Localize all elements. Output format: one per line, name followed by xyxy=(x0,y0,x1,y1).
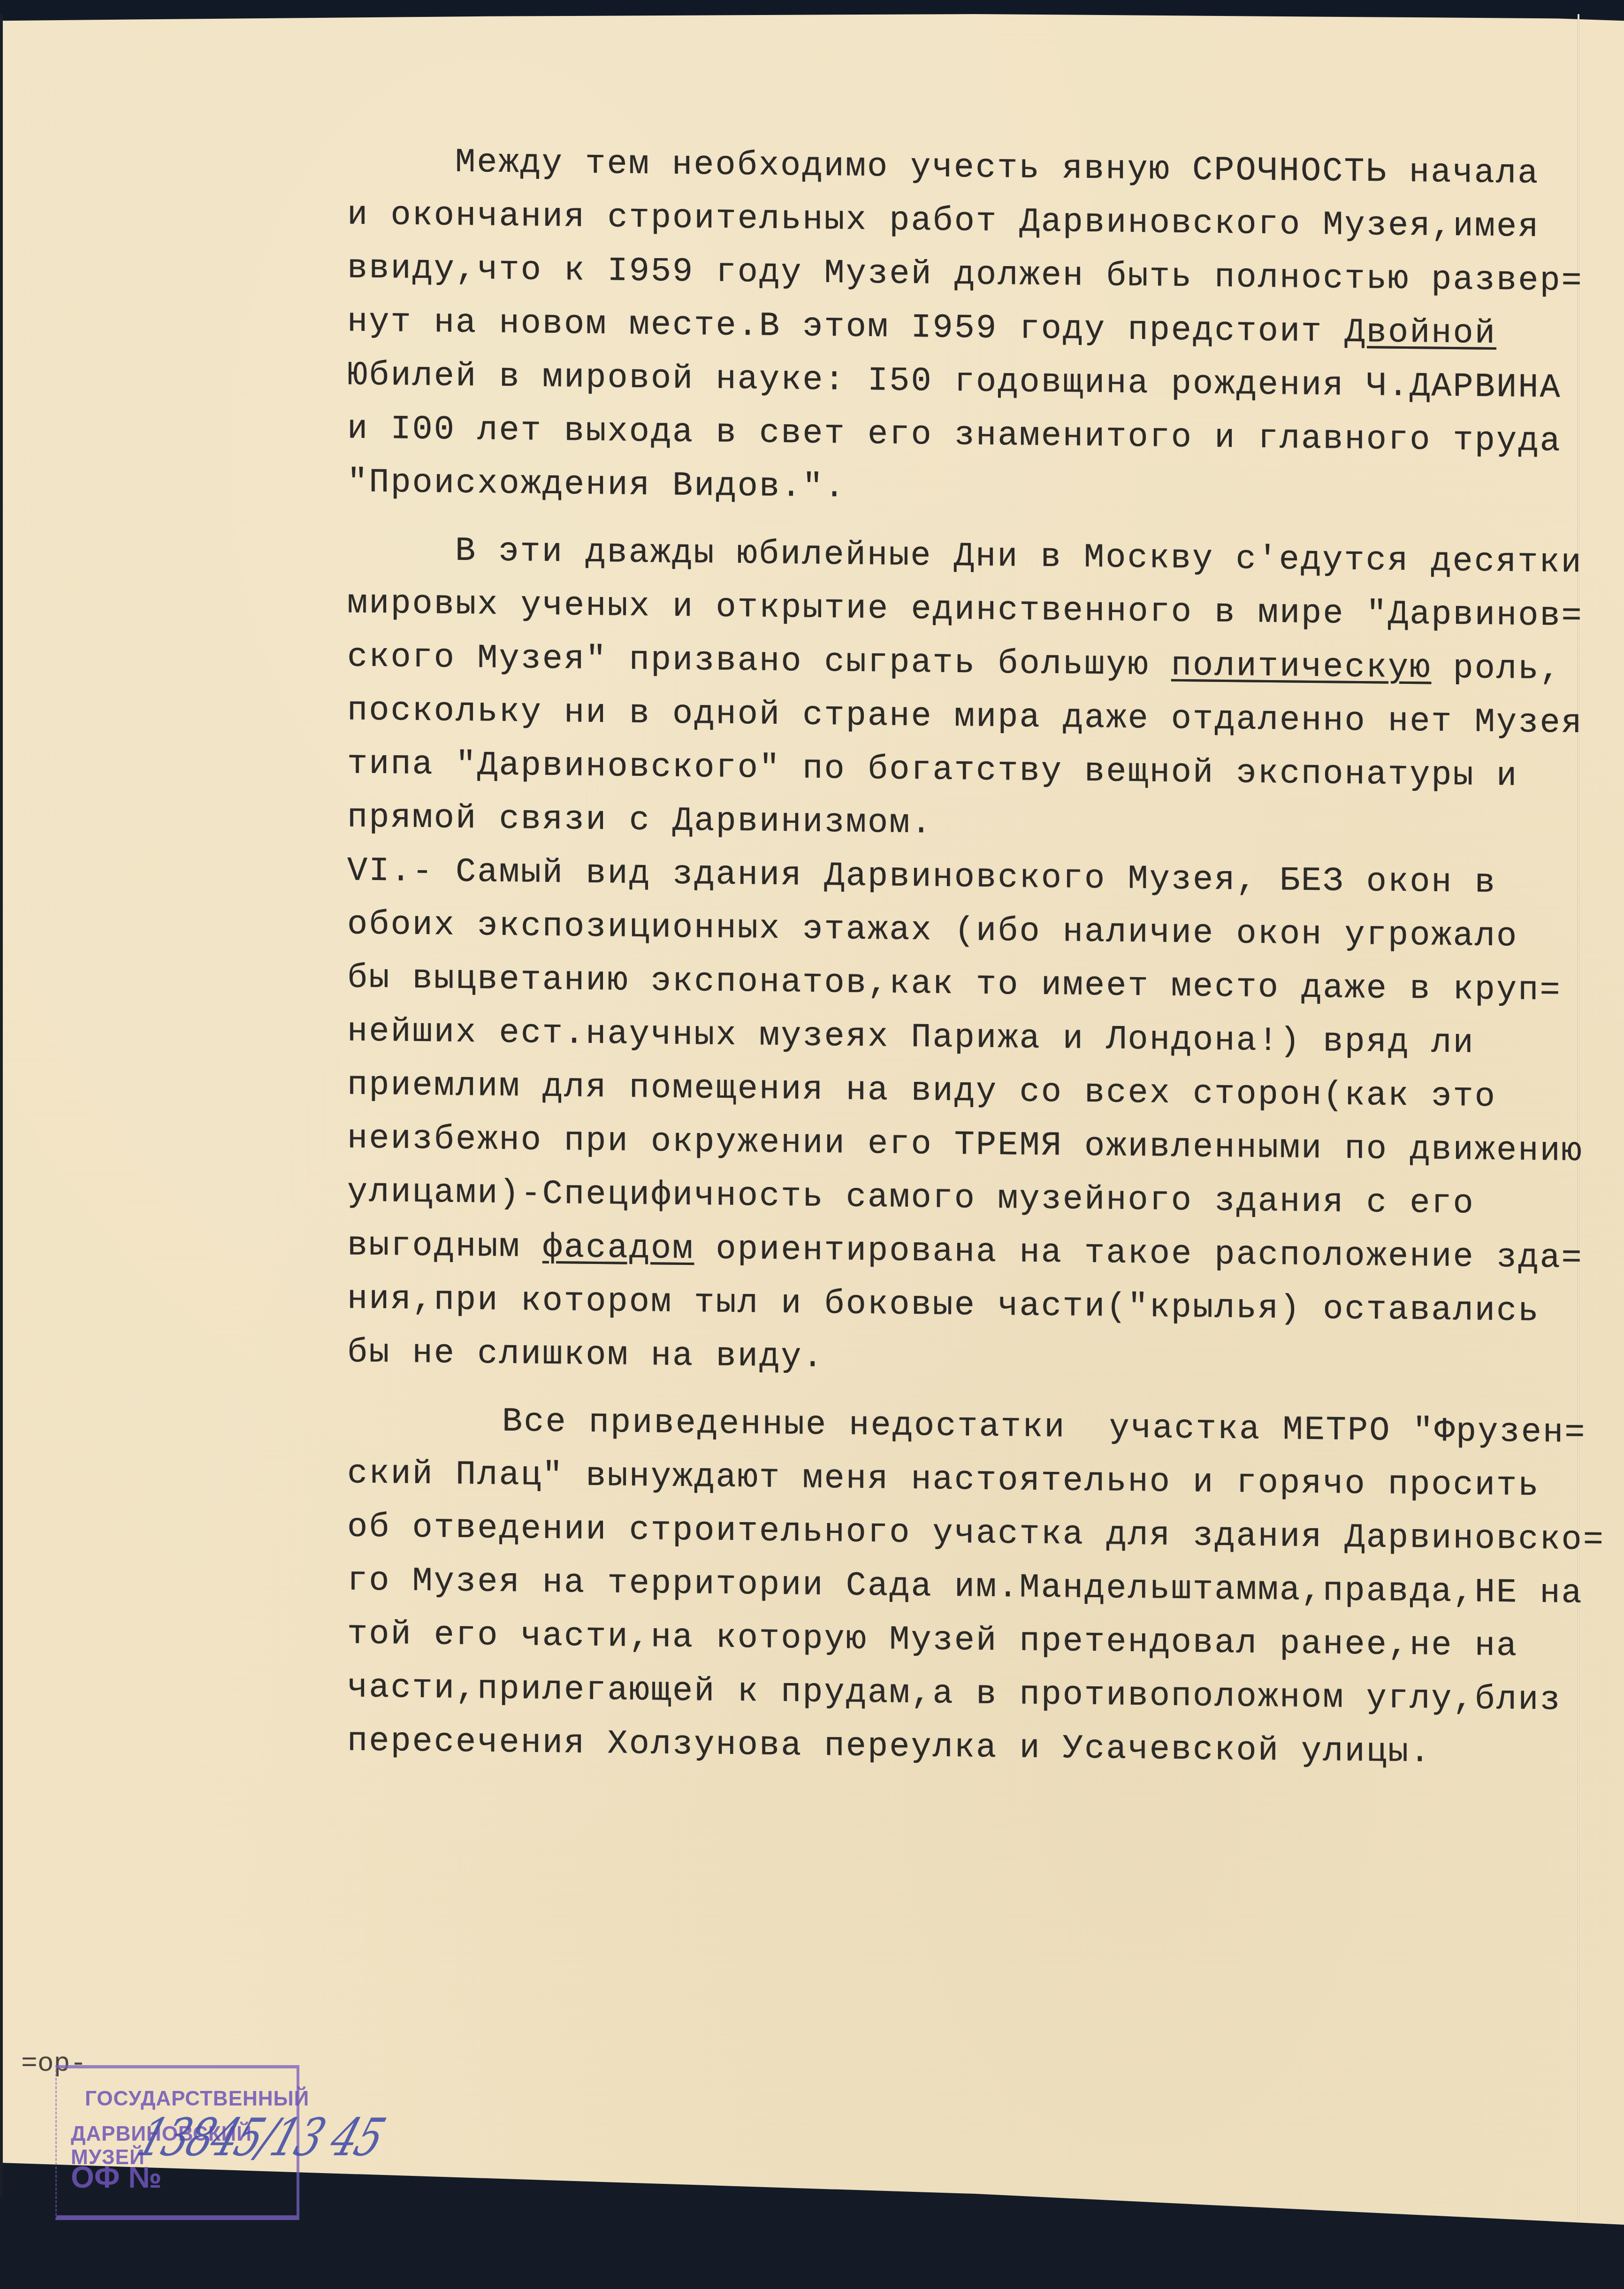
page-left-edge xyxy=(0,14,3,2197)
text-segment: выгодным xyxy=(347,1226,542,1266)
text-segment: нут на новом месте.В этом I959 году пред… xyxy=(347,302,1345,351)
text-segment: ориентирована на такое расположение зда= xyxy=(694,1230,1583,1278)
typed-text-body: Между тем необходимо учесть явную СРОЧНО… xyxy=(347,141,1567,1774)
text-segment: ского Музея" призвано сыграть большую xyxy=(347,637,1171,684)
underlined-word: политическую xyxy=(1171,646,1431,688)
handwritten-inventory-number: 13845/13 45 xyxy=(130,2107,391,2167)
page-fold-line xyxy=(1578,14,1579,2220)
underlined-word: фасадом xyxy=(542,1228,694,1268)
text-segment: роль, xyxy=(1431,649,1561,689)
underlined-word: Двойной xyxy=(1345,313,1496,353)
